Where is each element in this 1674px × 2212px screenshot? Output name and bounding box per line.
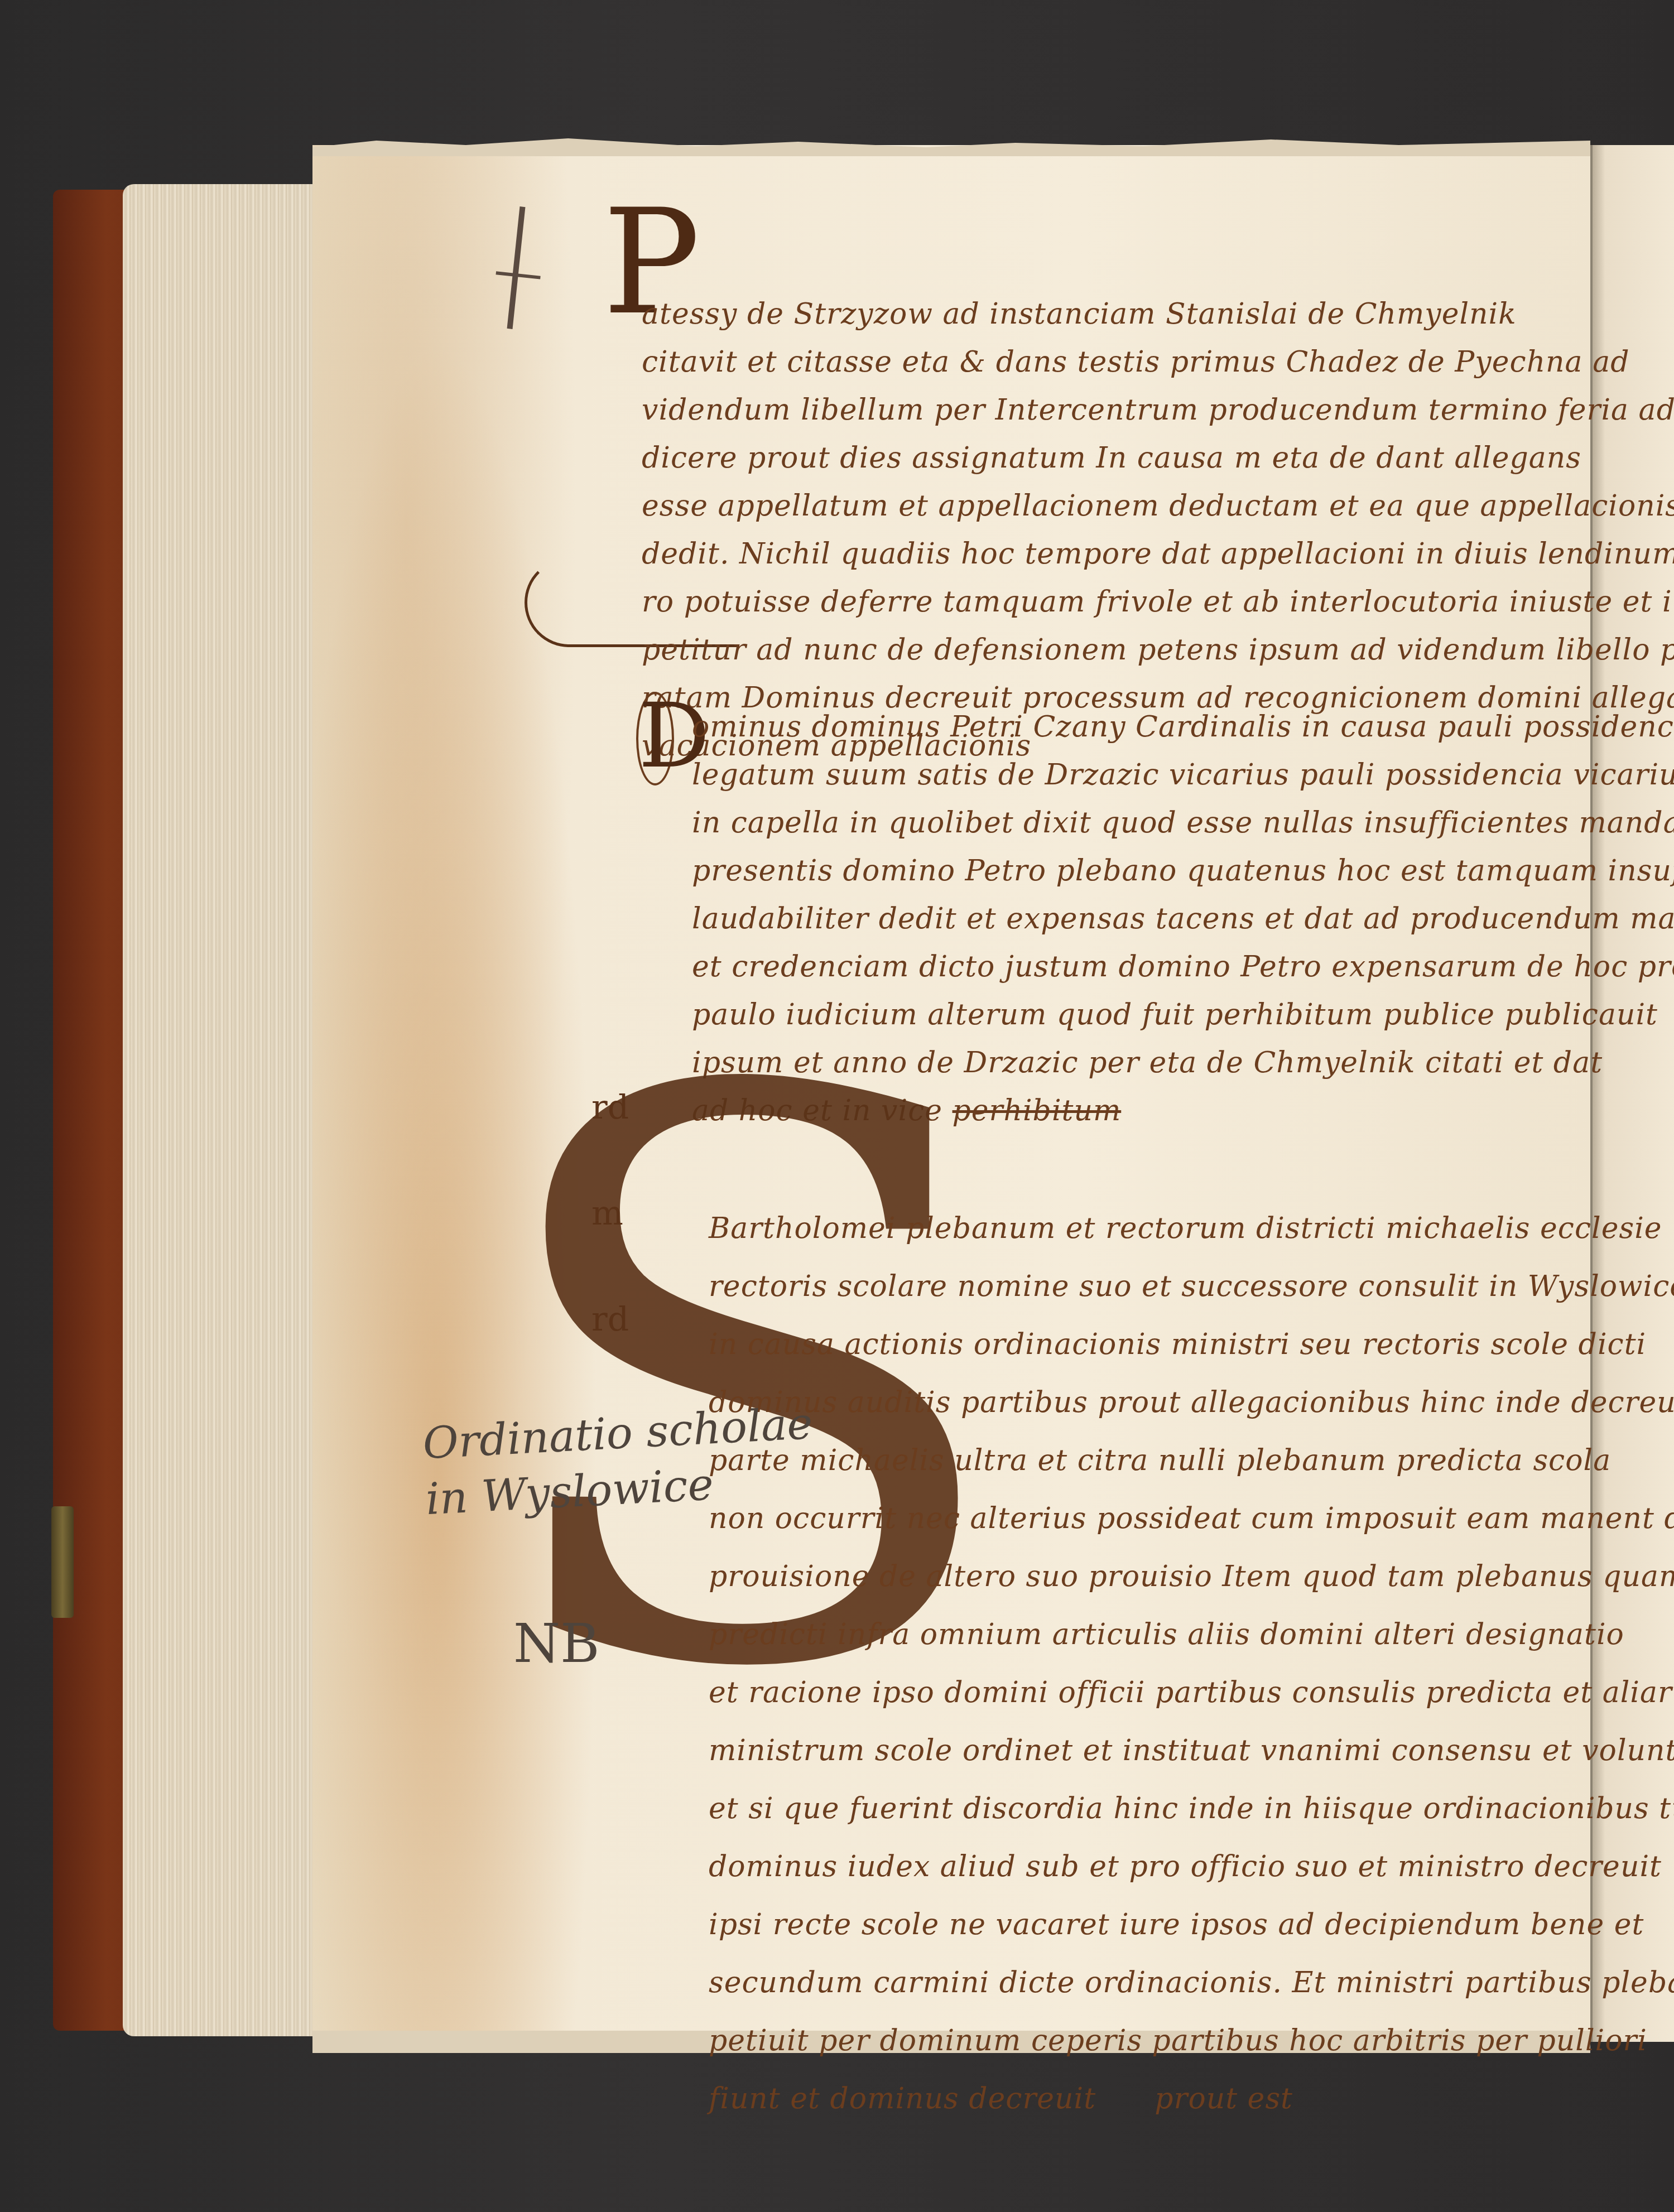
inner-letter: rd	[591, 1054, 629, 1160]
text-line: Bartholomei plebanum et rectorum distric…	[709, 1199, 1674, 1257]
text-line: dominus auditis partibus prout allegacio…	[709, 1374, 1674, 1432]
decorated-initial-d: D	[636, 692, 674, 785]
text-line: et racione ipso domini officii partibus …	[709, 1664, 1674, 1722]
text-line: in causa actionis ordinacionis ministri …	[709, 1315, 1674, 1374]
text-line: parte michaelis ultra et citra nulli ple…	[709, 1432, 1674, 1490]
closing-phrase: prout est	[1155, 2082, 1293, 2115]
text-line: legatum suum satis de Drzazic vicarius p…	[692, 751, 1674, 799]
text-line: ominus dominus Petri Czany Cardinalis in…	[692, 703, 1674, 751]
text-line: fiunt et dominus decreuit prout est	[709, 2070, 1674, 2128]
text-line: dicere prout dies assignatum In causa m …	[642, 434, 1674, 482]
text-line: predicti infra omnium articulis aliis do…	[709, 1606, 1674, 1664]
paragraph-3: Bartholomei plebanum et rectorum distric…	[709, 1199, 1674, 2128]
inner-letter: rd	[591, 1266, 629, 1372]
text-line: ro potuisse deferre tamquam frivole et a…	[642, 578, 1674, 626]
text-line: citavit et citasse eta & dans testis pri…	[642, 338, 1674, 386]
text-line: ipsi recte scole ne vacaret iure ipsos a…	[709, 1896, 1674, 1954]
text-line: esse appellatum et appellacionem deducta…	[642, 482, 1674, 530]
text-line: dominus iudex aliud sub et pro officio s…	[709, 1838, 1674, 1896]
paragraph-1: atessy de Strzyzow ad instanciam Stanisl…	[642, 290, 1674, 770]
marginal-note: Ordinatio scholae in Wyslowice	[421, 1396, 817, 1527]
text-line: secundum carmini dicte ordinacionis. Et …	[709, 1954, 1674, 2012]
text-line: rectoris scolare nomine suo et successor…	[709, 1257, 1674, 1315]
text-line: petiuit per dominum ceperis partibus hoc…	[709, 2012, 1674, 2070]
nota-bene-mark: NB	[513, 1612, 600, 1675]
inner-letter: m	[591, 1160, 629, 1266]
text-line: dedit. Nichil quadiis hoc tempore dat ap…	[642, 530, 1674, 578]
initial-inner-letters: rd m rd	[591, 1054, 629, 1372]
text-line: ministrum scole ordinet et instituat vna…	[709, 1722, 1674, 1780]
text-line: prouisione de altero suo prouisio Item q…	[709, 1548, 1674, 1606]
text-fragment: fiunt et dominus decreuit	[709, 2082, 1096, 2115]
text-line: presentis domino Petro plebano quatenus …	[692, 847, 1674, 895]
brass-clasp	[51, 1506, 74, 1618]
text-line: et si que fuerint discordia hinc inde in…	[709, 1780, 1674, 1838]
text-line: atessy de Strzyzow ad instanciam Stanisl…	[642, 290, 1674, 338]
text-line: non occurrit nec alterius possideat cum …	[709, 1490, 1674, 1548]
text-line: in capella in quolibet dixit quod esse n…	[692, 799, 1674, 847]
text-line: petitur ad nunc de defensionem petens ip…	[642, 626, 1674, 674]
text-line: videndum libellum per Intercentrum produ…	[642, 386, 1674, 434]
